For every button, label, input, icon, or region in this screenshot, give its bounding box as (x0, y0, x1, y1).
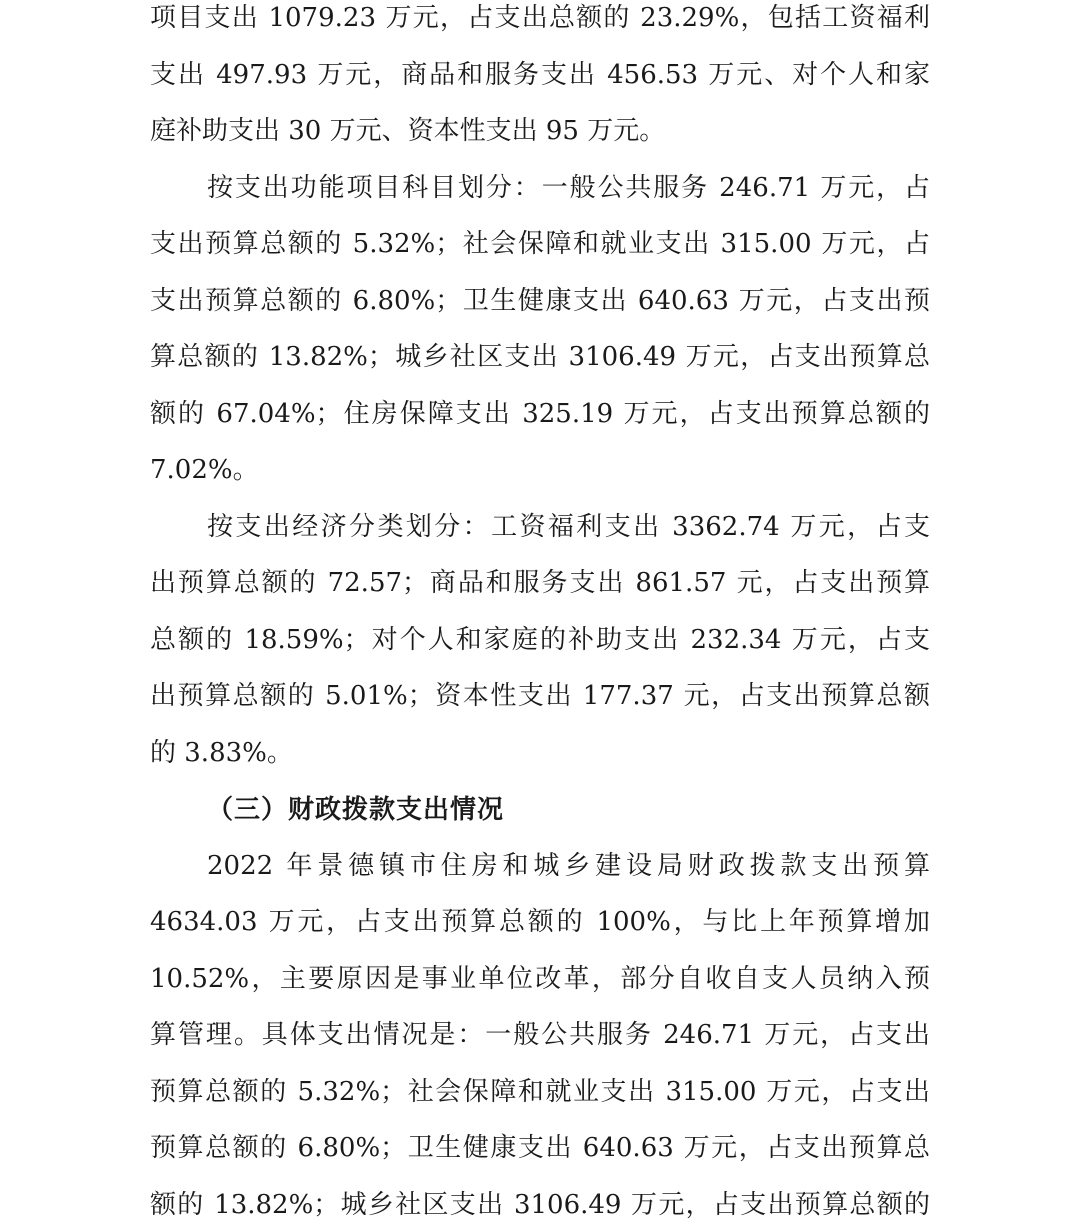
document-page: 项目支出 1079.23 万元，占支出总额的 23.29%，包括工资福利 支出 … (0, 0, 1074, 1231)
text-line: 额的 13.82%；城乡社区支出 3106.49 万元，占支出预算总额的 (150, 1185, 930, 1225)
text-line: 庭补助支出 30 万元、资本性支出 95 万元。 (150, 111, 930, 151)
text-line: 额的 67.04%；住房保障支出 325.19 万元，占支出预算总额的 (150, 394, 930, 434)
text-line: 出预算总额的 5.01%；资本性支出 177.37 元，占支出预算总额 (150, 676, 930, 716)
text-line: 支出预算总额的 6.80%；卫生健康支出 640.63 万元，占支出预 (150, 281, 930, 321)
text-line: 按支出功能项目科目划分：一般公共服务 246.71 万元，占 (207, 168, 930, 208)
text-line: 算总额的 13.82%；城乡社区支出 3106.49 万元，占支出预算总 (150, 337, 930, 377)
section-heading: （三）财政拨款支出情况 (207, 790, 504, 830)
text-line: 算管理。具体支出情况是：一般公共服务 246.71 万元，占支出 (150, 1015, 930, 1055)
text-line: 预算总额的 6.80%；卫生健康支出 640.63 万元，占支出预算总 (150, 1128, 930, 1168)
text-line: 项目支出 1079.23 万元，占支出总额的 23.29%，包括工资福利 (150, 0, 930, 38)
text-line: 支出 497.93 万元，商品和服务支出 456.53 万元、对个人和家 (150, 55, 930, 95)
text-line: 支出预算总额的 5.32%；社会保障和就业支出 315.00 万元，占 (150, 224, 930, 264)
text-line: 总额的 18.59%；对个人和家庭的补助支出 232.34 万元，占支 (150, 620, 930, 660)
text-line: 2022 年景德镇市住房和城乡建设局财政拨款支出预算 (207, 846, 930, 886)
text-line: 按支出经济分类划分：工资福利支出 3362.74 万元，占支 (207, 507, 930, 547)
text-line: 7.02%。 (150, 450, 930, 490)
text-line: 10.52%，主要原因是事业单位改革，部分自收自支人员纳入预 (150, 959, 930, 999)
text-line: 出预算总额的 72.57；商品和服务支出 861.57 元，占支出预算 (150, 563, 930, 603)
text-line: 的 3.83%。 (150, 733, 930, 773)
text-line: 预算总额的 5.32%；社会保障和就业支出 315.00 万元，占支出 (150, 1072, 930, 1112)
text-line: 4634.03 万元，占支出预算总额的 100%，与比上年预算增加 (150, 902, 930, 942)
